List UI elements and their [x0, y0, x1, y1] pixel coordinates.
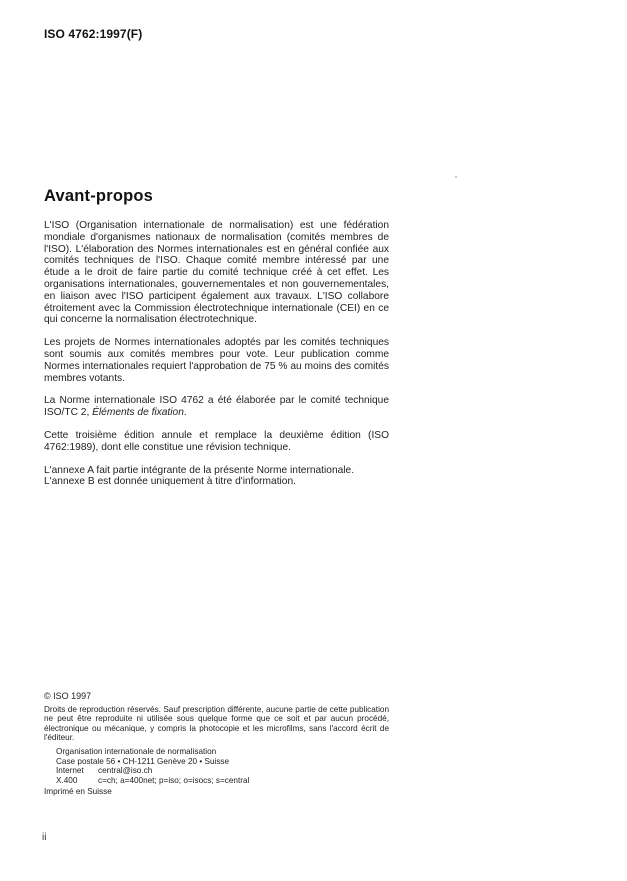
copyright-notice: © ISO 1997 — [44, 692, 389, 702]
internet-label: Internet — [56, 766, 98, 776]
x400-row: X.400 c=ch; a=400net; p=iso; o=isocs; s=… — [56, 776, 389, 786]
committee-suffix: . — [184, 407, 187, 418]
paragraph-iso-intro: L'ISO (Organisation internationale de no… — [44, 220, 389, 326]
organization-name: Organisation internationale de normalisa… — [56, 747, 389, 757]
annex-b-line: L'annexe B est donnée uniquement à titre… — [44, 476, 296, 487]
paragraph-voting: Les projets de Normes internationales ad… — [44, 337, 389, 384]
internet-email: central@iso.ch — [98, 766, 152, 776]
page-number: ii — [42, 832, 46, 843]
paragraph-edition: Cette troisième édition annule et rempla… — [44, 430, 389, 454]
scan-speck — [455, 176, 457, 178]
x400-label: X.400 — [56, 776, 98, 786]
copyright-footer: © ISO 1997 Droits de reproduction réserv… — [44, 692, 389, 797]
postal-address: Case postale 56 • CH-1211 Genève 20 • Su… — [56, 757, 389, 767]
paragraph-annexes: L'annexe A fait partie intégrante de la … — [44, 465, 389, 489]
x400-address: c=ch; a=400net; p=iso; o=isocs; s=centra… — [98, 776, 249, 786]
document-code: ISO 4762:1997(F) — [44, 27, 142, 41]
section-title: Avant-propos — [44, 187, 153, 206]
annex-a-line: L'annexe A fait partie intégrante de la … — [44, 465, 354, 476]
printed-in: Imprimé en Suisse — [44, 787, 389, 797]
rights-statement: Droits de reproduction réservés. Sauf pr… — [44, 705, 389, 743]
publisher-address: Organisation internationale de normalisa… — [44, 747, 389, 785]
internet-row: Internet central@iso.ch — [56, 766, 389, 776]
paragraph-committee: La Norme internationale ISO 4762 a été é… — [44, 395, 389, 419]
committee-name: Éléments de fixation — [92, 407, 184, 418]
foreword-body: L'ISO (Organisation internationale de no… — [44, 220, 389, 499]
